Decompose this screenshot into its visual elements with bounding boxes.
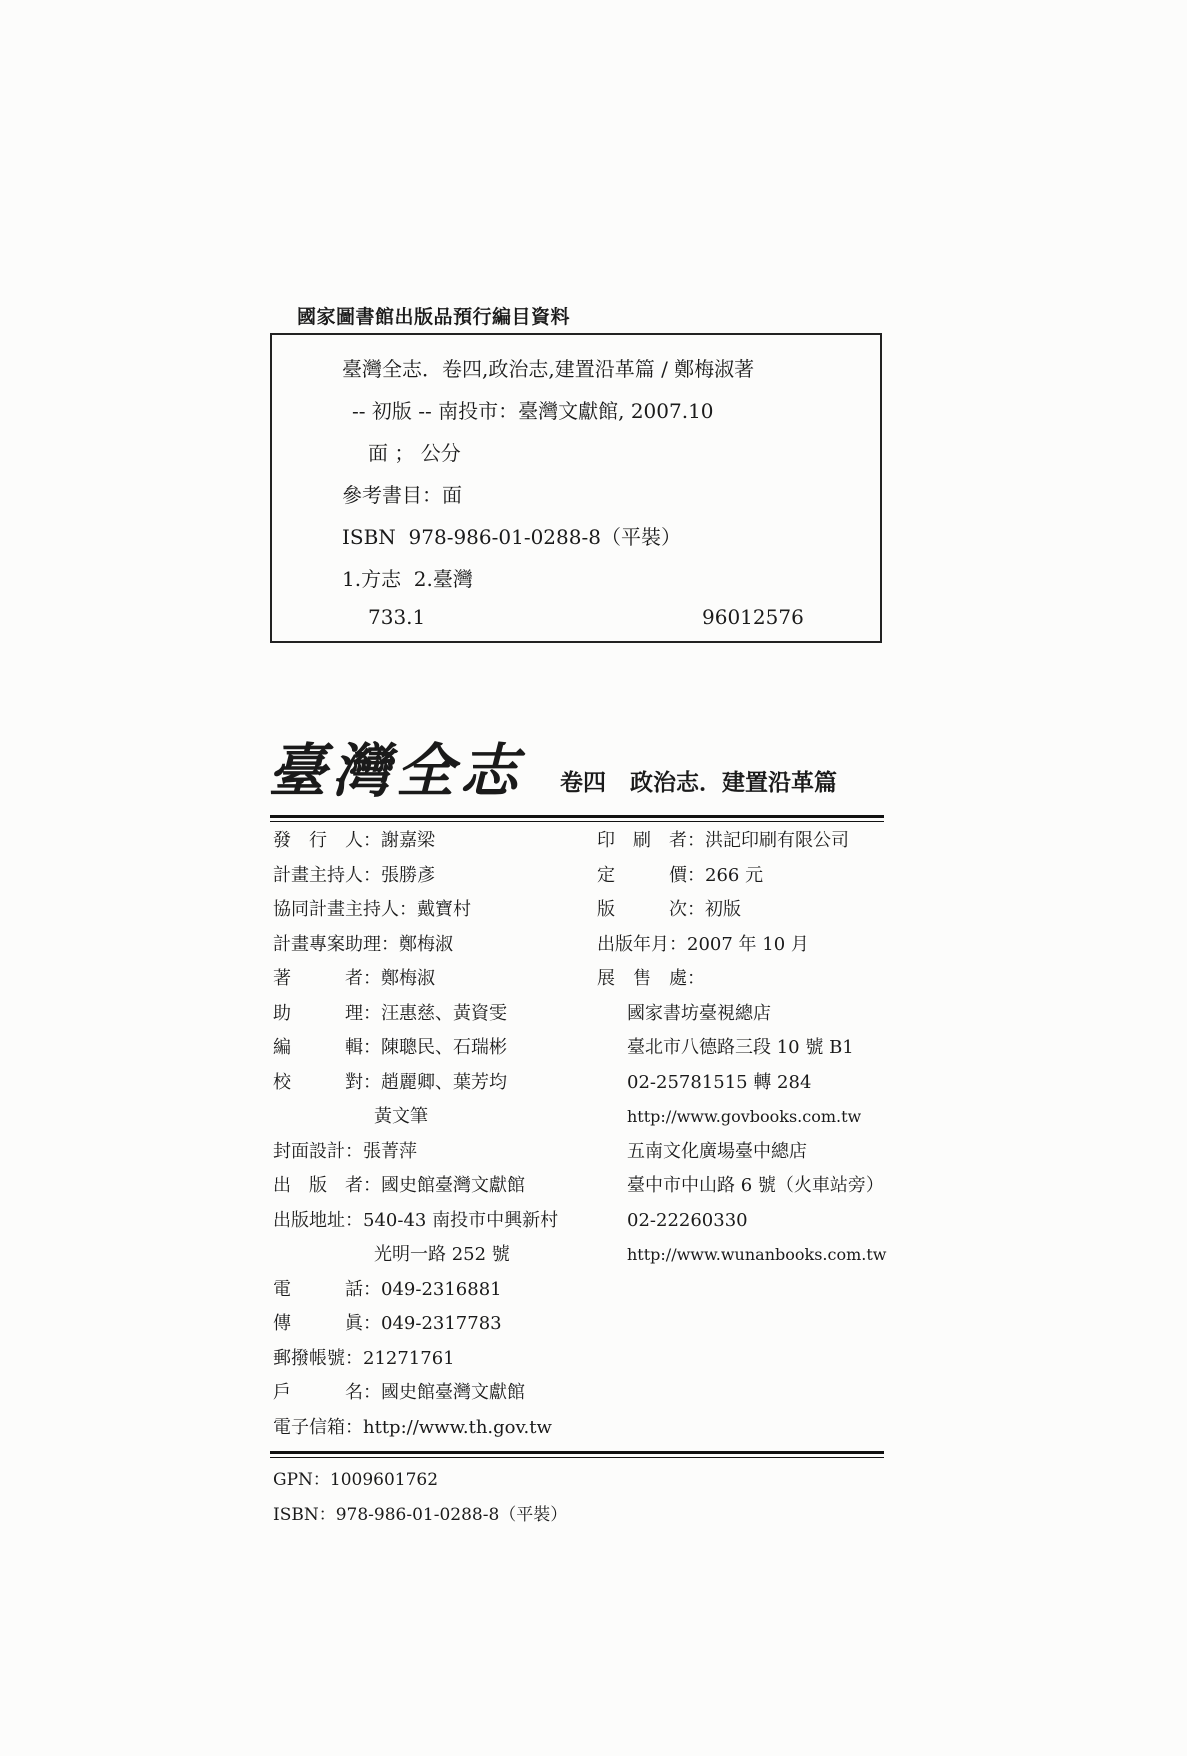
colophon-row: 校 對：趙麗卿、葉芳均 bbox=[273, 1066, 558, 1101]
colophon-row: 印 刷 者：洪記印刷有限公司 bbox=[597, 824, 886, 859]
colophon-row: 版 次：初版 bbox=[597, 893, 886, 928]
cip-record-number: 96012576 bbox=[702, 605, 804, 629]
cip-edition-line: -- 初版 -- 南投市：臺灣文獻館, 2007.10 bbox=[352, 395, 714, 424]
colophon-row: 編 輯：陳聰民、石瑞彬 bbox=[273, 1031, 558, 1066]
colophon-right-column: 印 刷 者：洪記印刷有限公司 定 價：266 元 版 次：初版 出版年月：200… bbox=[597, 824, 886, 1273]
colophon-row: 電子信箱：http://www.th.gov.tw bbox=[273, 1411, 558, 1446]
isbn-number: ISBN：978-986-01-0288-8（平裝） bbox=[273, 1500, 567, 1525]
outlet-line: 臺北市八德路三段 10 號 B1 bbox=[597, 1031, 886, 1066]
colophon-row: 著 者：鄭梅淑 bbox=[273, 962, 558, 997]
colophon-row: 協同計畫主持人：戴寶村 bbox=[273, 893, 558, 928]
cip-title-line: 臺灣全志．卷四,政治志,建置沿革篇 / 鄭梅淑著 bbox=[342, 353, 754, 382]
cip-subjects-line: 1.方志 2.臺灣 bbox=[342, 563, 473, 592]
colophon-row: 計畫專案助理：鄭梅淑 bbox=[273, 928, 558, 963]
cip-classification: 733.1 bbox=[368, 605, 425, 629]
outlet-line: 02-22260330 bbox=[597, 1204, 886, 1239]
outlet-line: 國家書坊臺視總店 bbox=[597, 997, 886, 1032]
colophon-row-continuation: 光明一路 252 號 bbox=[273, 1238, 558, 1273]
gpn-number: GPN：1009601762 bbox=[273, 1465, 438, 1490]
colophon-row: 郵撥帳號：21271761 bbox=[273, 1342, 558, 1377]
cip-record-box: 臺灣全志．卷四,政治志,建置沿革篇 / 鄭梅淑著 -- 初版 -- 南投市：臺灣… bbox=[270, 333, 882, 643]
colophon-row-continuation: 黃文筆 bbox=[273, 1100, 558, 1135]
colophon-row: 封面設計：張菁萍 bbox=[273, 1135, 558, 1170]
series-volume: 卷四 bbox=[560, 770, 606, 796]
outlet-line: 五南文化廣場臺中總店 bbox=[597, 1135, 886, 1170]
colophon-row: 助 理：汪惠慈、黃資雯 bbox=[273, 997, 558, 1032]
series-section: 政治志．建置沿革篇 bbox=[630, 770, 837, 796]
cip-bibliography-line: 參考書目：面 bbox=[342, 479, 462, 508]
outlet-url: http://www.wunanbooks.com.tw bbox=[597, 1238, 886, 1273]
cip-extent-line: 面 ； 公分 bbox=[368, 437, 461, 466]
cip-isbn-line: ISBN 978-986-01-0288-8（平裝） bbox=[342, 521, 681, 550]
colophon-row: 出 版 者：國史館臺灣文獻館 bbox=[273, 1169, 558, 1204]
series-subtitle: 卷四 政治志．建置沿革篇 bbox=[560, 764, 837, 797]
colophon-row: 出版地址：540-43 南投市中興新村 bbox=[273, 1204, 558, 1239]
outlet-url: http://www.govbooks.com.tw bbox=[597, 1100, 886, 1135]
colophon-left-column: 發 行 人：謝嘉梁 計畫主持人：張勝彥 協同計畫主持人：戴寶村 計畫專案助理：鄭… bbox=[273, 824, 558, 1445]
colophon-row: 傳 眞：049-2317783 bbox=[273, 1307, 558, 1342]
cip-heading: 國家圖書館出版品預行編目資料 bbox=[297, 302, 570, 329]
top-double-rule bbox=[270, 815, 884, 822]
outlet-line: 臺中市中山路 6 號（火車站旁） bbox=[597, 1169, 886, 1204]
colophon-row: 電 話：049-2316881 bbox=[273, 1273, 558, 1308]
colophon-row: 發 行 人：謝嘉梁 bbox=[273, 824, 558, 859]
colophon-row: 計畫主持人：張勝彥 bbox=[273, 859, 558, 894]
colophon-row: 出版年月：2007 年 10 月 bbox=[597, 928, 886, 963]
bottom-double-rule bbox=[270, 1451, 884, 1458]
series-title-calligraphy: 臺灣全志 bbox=[268, 724, 524, 808]
colophon-row: 戶 名：國史館臺灣文獻館 bbox=[273, 1376, 558, 1411]
colophon-row: 定 價：266 元 bbox=[597, 859, 886, 894]
outlet-line: 02-25781515 轉 284 bbox=[597, 1066, 886, 1101]
colophon-row: 展 售 處： bbox=[597, 962, 886, 997]
